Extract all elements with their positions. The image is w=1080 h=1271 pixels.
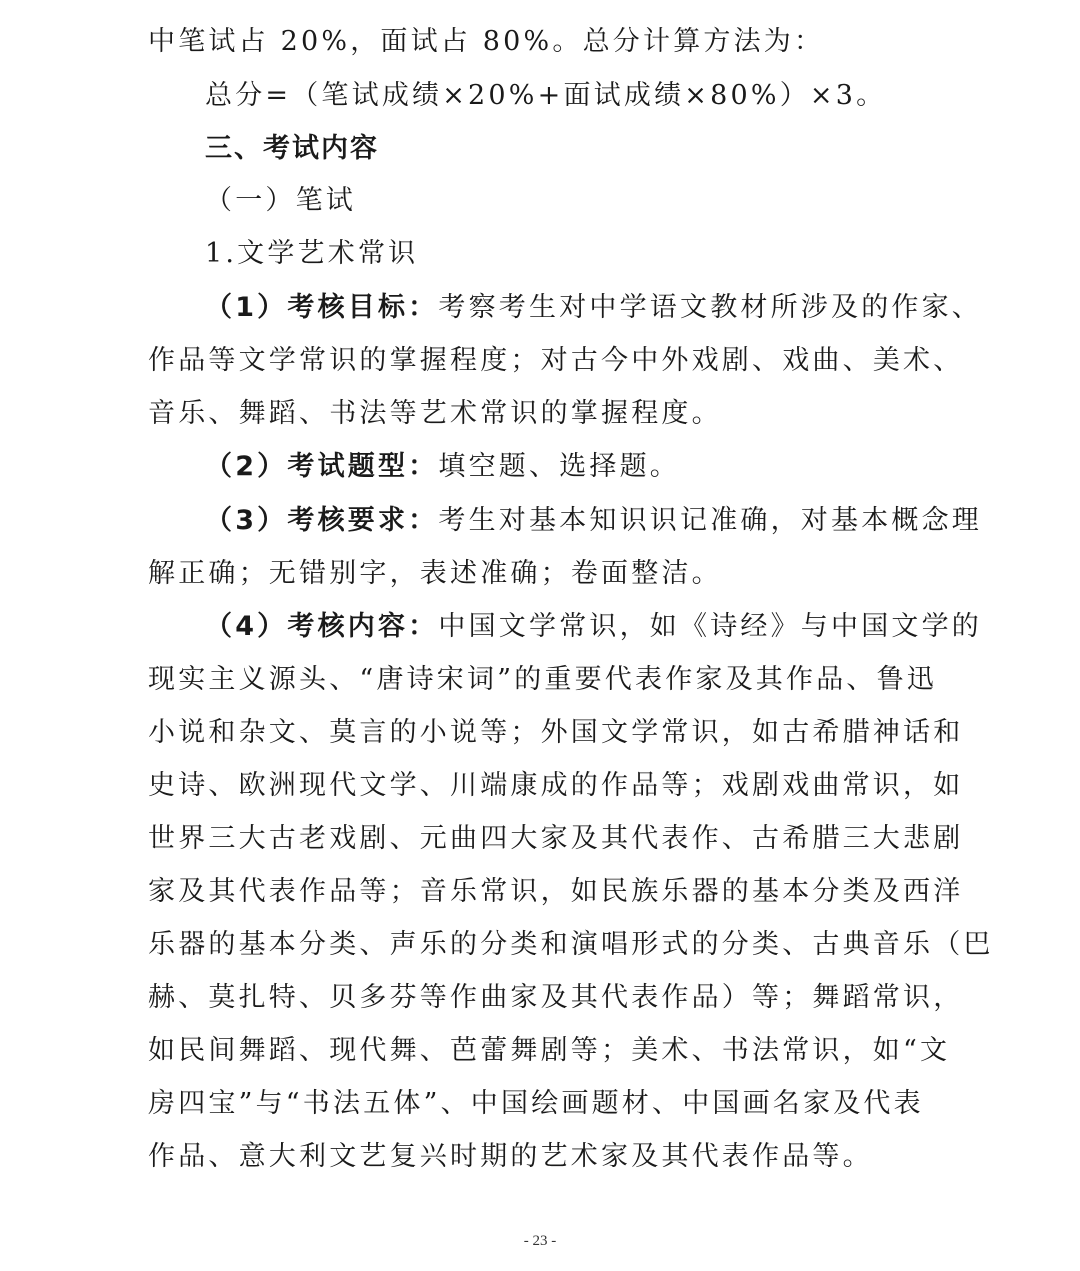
item-heading: 1.文学艺术常识 — [205, 236, 1005, 272]
point-2-line: （2）考试题型：填空题、选择题。 — [205, 449, 1005, 485]
point-4-line: 乐器的基本分类、声乐的分类和演唱形式的分类、古典音乐（巴 — [148, 927, 948, 963]
section-heading: 三、考试内容 — [205, 131, 1005, 167]
point-3-line: 解正确；无错别字，表述准确；卷面整洁。 — [148, 556, 948, 592]
page-number: - 23 - — [0, 1233, 1080, 1250]
formula-line: 总分=（笔试成绩×20%+面试成绩×80%）×3。 — [205, 78, 1005, 114]
point-4-line: 世界三大古老戏剧、元曲四大家及其代表作、古希腊三大悲剧 — [148, 821, 948, 857]
point-2-label: （2）考试题型： — [205, 451, 438, 482]
point-4-line: 作品、意大利文艺复兴时期的艺术家及其代表作品等。 — [148, 1139, 948, 1175]
point-4-line: 赫、莫扎特、贝多芬等作曲家及其代表作品）等；舞蹈常识， — [148, 980, 948, 1016]
document-page: 中笔试占 20%，面试占 80%。总分计算方法为： 总分=（笔试成绩×20%+面… — [0, 0, 1080, 1271]
point-3-text: 考生对基本知识识记准确，对基本概念理 — [438, 505, 982, 536]
subsection-heading: （一）笔试 — [205, 183, 1005, 219]
point-4-line: 现实主义源头、“唐诗宋词”的重要代表作家及其作品、鲁迅 — [148, 662, 948, 698]
point-3-label: （3）考核要求： — [205, 505, 438, 536]
point-4-line: 史诗、欧洲现代文学、川端康成的作品等；戏剧戏曲常识，如 — [148, 768, 948, 804]
point-1-line: 作品等文学常识的掌握程度；对古今中外戏剧、戏曲、美术、 — [148, 343, 948, 379]
point-4-line: 小说和杂文、莫言的小说等；外国文学常识，如古希腊神话和 — [148, 715, 948, 751]
point-1-label: （1）考核目标： — [205, 292, 438, 323]
point-1-first-line: （1）考核目标：考察考生对中学语文教材所涉及的作家、 — [205, 290, 1005, 326]
point-1-text: 考察考生对中学语文教材所涉及的作家、 — [438, 292, 982, 323]
point-4-first-line: （4）考核内容：中国文学常识，如《诗经》与中国文学的 — [205, 609, 1005, 645]
paragraph-line: 中笔试占 20%，面试占 80%。总分计算方法为： — [148, 24, 948, 60]
point-1-line: 音乐、舞蹈、书法等艺术常识的掌握程度。 — [148, 396, 948, 432]
point-2-text: 填空题、选择题。 — [438, 451, 680, 482]
point-3-first-line: （3）考核要求：考生对基本知识识记准确，对基本概念理 — [205, 503, 1005, 539]
point-4-line: 家及其代表作品等；音乐常识，如民族乐器的基本分类及西洋 — [148, 874, 948, 910]
point-4-line: 房四宝”与“书法五体”、中国绘画题材、中国画名家及代表 — [148, 1086, 948, 1122]
point-4-line: 如民间舞蹈、现代舞、芭蕾舞剧等；美术、书法常识，如“文 — [148, 1033, 948, 1069]
point-4-text: 中国文学常识，如《诗经》与中国文学的 — [438, 611, 982, 642]
point-4-label: （4）考核内容： — [205, 611, 438, 642]
